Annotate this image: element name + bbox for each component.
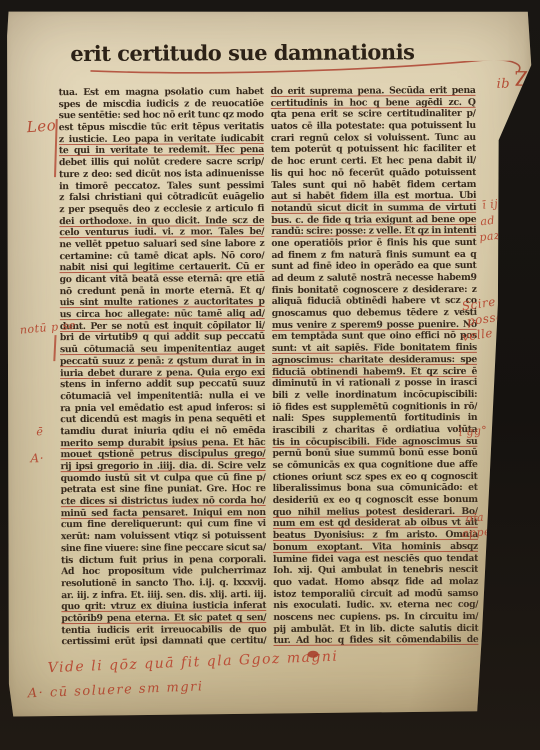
ink-blot: [308, 651, 319, 658]
text-line: finis bonitatē cognoscere z desiderare: …: [272, 284, 477, 297]
text-line: Tales sunt qui nō habēt fidem certam: [271, 178, 476, 191]
text-block: tua. Est em magna psolatio cum habetspes…: [59, 85, 480, 648]
text-line: fiduciā obtinendi habem9. Et qz scire ē: [272, 365, 477, 378]
margin-note-velle: velle: [461, 326, 494, 344]
text-line: diminutū in vi rationali z posse in iras…: [272, 377, 477, 390]
text-line: petrata est sine fine puniat. Gre. Hoc r…: [61, 483, 266, 496]
text-line: iuria debet durare z pena. Quia ergo exi: [60, 367, 265, 380]
text-line: dunt. Per se notū est inquit cōpilator l…: [60, 320, 265, 333]
text-line: merito semp durabit ipsius pena. Et hāc: [60, 437, 265, 450]
margin-note-appet: appet: [461, 525, 496, 541]
text-line: debet illis qui nolūt credere sacre scri…: [59, 156, 264, 169]
text-line: bonum exoptant. Vita hominis absqz: [273, 541, 478, 554]
margin-note-iij: ī ij: [482, 197, 499, 212]
text-line: cte dices si districtus iudex nō corda h…: [61, 495, 266, 508]
text-line: aliquā fiduciā obtinēdi habere vt scz co: [272, 295, 477, 308]
text-line: istoz temporaliū circuit ad modū samso: [273, 587, 478, 600]
text-line: aut si habēt fidem illa est mortua. Ubi: [271, 190, 476, 203]
margin-note-paz: paz: [479, 229, 501, 244]
text-line: beatus Dyonisius: z fm aristo. Omnia: [273, 529, 478, 542]
text-line: desideriū ex eo q cognoscit esse bonum: [273, 494, 478, 507]
bottom-note-line1: Vide li qōz quā fit qla Ggoz magni: [47, 649, 338, 677]
margin-stroke: [53, 335, 56, 361]
text-line: gnoscamus quo debemus tēdere z vesti: [272, 307, 477, 320]
text-line: nabit nisi qui legitime certauerit. Cū e…: [59, 261, 264, 274]
text-line: go dicant vitā beatā esse eternā: qre et…: [60, 273, 265, 286]
text-line: cōtumaciā vel impenitentiā: nulla ei ve: [60, 390, 265, 403]
text-line: sine fine viuere: sine fine peccare sicu…: [61, 542, 266, 555]
text-line: quomdo iustū sit vt culpa que cū fine p/: [61, 472, 266, 485]
margin-note-igg: ī gg°: [458, 424, 488, 440]
text-line: bus. c. de fide q tria exigunt ad bene o…: [271, 213, 476, 226]
text-line: celo venturus iudi. vi. z mor. Tales be/: [59, 226, 264, 239]
text-line: cut dicendū est magis in pena sequēti et: [60, 413, 265, 426]
text-line: irascibili z charitas ē ordiatiua volūta: [272, 424, 477, 437]
text-line: z falsi christiani qui cōtradicūt euāgel…: [59, 191, 264, 204]
text-line: de hoc erunt certi. Et hec pena dabit il…: [271, 155, 476, 168]
text-line: tis dictum fuit prius in pena corporali.: [61, 554, 266, 567]
photo-background: erit certitudo sue damnationis tua. Est …: [0, 0, 540, 750]
text-line: se cōmunicās ex qua cognitione due affe: [273, 459, 478, 472]
margin-note-a: A·: [30, 451, 44, 465]
text-line: pernū bonū siue summū bonū esse bonū: [272, 447, 477, 460]
text-line: stens in inferno addit sup peccatū suuz: [60, 378, 265, 391]
text-line: ture z deo: sed dicūt nos ista adinuenis…: [59, 168, 264, 181]
text-line: nali: Spes supplementū fortitudinis in: [272, 412, 477, 425]
text-line: bri de virtutib9 q qui addit sup peccatū: [60, 331, 265, 344]
text-line: tur. Ad hoc q fides sit cōmendabilis de: [273, 634, 478, 647]
text-line: lis qui hoc nō fecerūt quādo potuissent: [271, 167, 476, 180]
text-line: tamdiu durat iniuria qdiu ei nō emēda: [60, 425, 265, 438]
text-line: ne vellēt ppetuo saluari sed sine labore…: [59, 238, 264, 251]
text-line: do erit suprema pena. Secūda erit pena: [271, 85, 476, 98]
margin-note-ib: ib: [497, 77, 511, 92]
text-line: Ad hoc propositum vide pulcherrimaz: [61, 565, 266, 578]
text-line: ad finem z fm naturā finis sumunt ea q: [271, 249, 476, 262]
text-line: mus venire z sperem9 posse puenire. Nō: [272, 319, 477, 332]
text-line: lumine fidei vaga est nesciēs quo tendat: [273, 552, 478, 565]
text-line: one operatiōis prior ē finis his que sun…: [271, 237, 476, 250]
text-line: suū cōtumaciā seu impenitentiaz auget: [60, 343, 265, 356]
margin-note-ade: ad ē: [480, 212, 507, 228]
text-line: nō credunt penā in morte eternā. Et q/: [60, 285, 265, 298]
text-line: tis in cōcupiscibili. Fide agnoscimus su: [272, 436, 477, 449]
text-line: num em est qd desiderat ab oibus vt ait: [273, 517, 478, 530]
book-page: erit certitudo sue damnationis tua. Est …: [2, 5, 538, 720]
text-line: ctiones oriunt scz spes ex eo q cognosci…: [273, 471, 478, 484]
text-line: peccatū suuz z penā: z qstum durat in in: [60, 355, 265, 368]
text-line: tua. Est em magna psolatio cum habet: [59, 86, 264, 99]
margin-note-e: ē: [36, 425, 43, 438]
text-line: quo qrit: vtruz ex diuina iusticia infer…: [61, 600, 266, 613]
text-line: ra pnia vel emēdatio est apud inferos: s…: [60, 402, 265, 415]
text-line: sunt ad finē ideo in operādo ea que sunt: [271, 260, 476, 273]
text-line: nis exoculati. Iudic. xv. eterna nec cog…: [273, 599, 478, 612]
text-line: dei orthodoxe. in quo dicit. Inde scz de: [59, 215, 264, 228]
text-line: bili z velle inordinatum incōcupiscibili…: [272, 389, 477, 402]
text-column-left: tua. Est em magna psolatio cum habetspes…: [59, 86, 267, 648]
text-line: z per psequēs deo z ecclesie z articulo …: [59, 203, 264, 216]
text-line: pij ambulāt. Et in lib. dicte salutis di…: [273, 623, 478, 636]
text-line: iō fides est supplemētū cognitionis in r…: [272, 400, 477, 413]
text-column-right: do erit suprema pena. Secūda erit penace…: [271, 85, 479, 647]
text-line: randū: scire: posse: z velle. Et qz in i…: [271, 225, 476, 238]
margin-note-oia: oīa b: [465, 510, 496, 525]
text-line: quo nihil melius potest desiderari. Bo/: [273, 506, 478, 519]
margin-stroke: [54, 119, 58, 177]
text-line: minū sed facta pensaret. Iniqui em non: [61, 507, 266, 520]
bottom-note-line2: A· cū soluere sm mgri: [27, 679, 203, 701]
margin-note-leo: Leo: [26, 116, 57, 136]
text-line: ar. iij. z infra. Et. iiij. sen. dis. xl…: [61, 589, 266, 602]
text-line: est tēpus miscdie tūc erit tēpus veritat…: [59, 121, 264, 134]
text-line: em temptāda sunt que oino effici nō pos: [272, 330, 477, 343]
text-line: xerūt: nam voluissent vtiqz si potuissen…: [61, 530, 266, 543]
text-line: cum fine dereliquerunt: qui cum fine vi: [61, 518, 266, 531]
text-line: resolutionē in sancto Tho. i.ij. q. lxxx…: [61, 577, 266, 590]
text-line: certissimi erūt ipsi damnati que certitu…: [61, 635, 266, 648]
text-line: liberalissimus bona sua cōmunicādo: et: [273, 482, 478, 495]
text-line: Ioh. xij. Qui ambulat in tenebris nescit: [273, 564, 478, 577]
text-line: sunt: vt ait sapiēs. Fide bonitatem fini…: [272, 342, 477, 355]
text-line: certamine: cū tamē dicat apls. Nō coro/: [59, 250, 264, 263]
text-line: quo vadat. Homo absqz fide ad molaz: [273, 576, 478, 589]
text-line: tentia iudicis erit irreuocabilis de quo: [61, 624, 266, 637]
text-line: noscens nec cupiens. ps. In circuitu im/: [273, 611, 478, 624]
text-line: mouet qstionē petrus discipulus grego/: [60, 448, 265, 461]
text-line: uis sint multe rationes z auctoritates p: [60, 296, 265, 309]
text-line: us circa hoc allegate: nūc tamē aliq ad/: [60, 308, 265, 321]
text-line: notandū sicut dicit in summa de virtuti: [271, 202, 476, 215]
margin-note-z: Z: [514, 67, 529, 91]
text-line: pctōrib9 pena eterna. Et sic patet q sen…: [61, 612, 266, 625]
text-line: ad deum z salutē nostrā necesse habem9: [272, 272, 477, 285]
text-line: rij ipsi gregorio in .iiij. dia. di. Sci…: [61, 460, 266, 473]
text-line: uatos cē illa potestate: qua potuissent …: [271, 120, 476, 133]
text-line: agnoscimus: charitate desideramus: spe: [272, 354, 477, 367]
